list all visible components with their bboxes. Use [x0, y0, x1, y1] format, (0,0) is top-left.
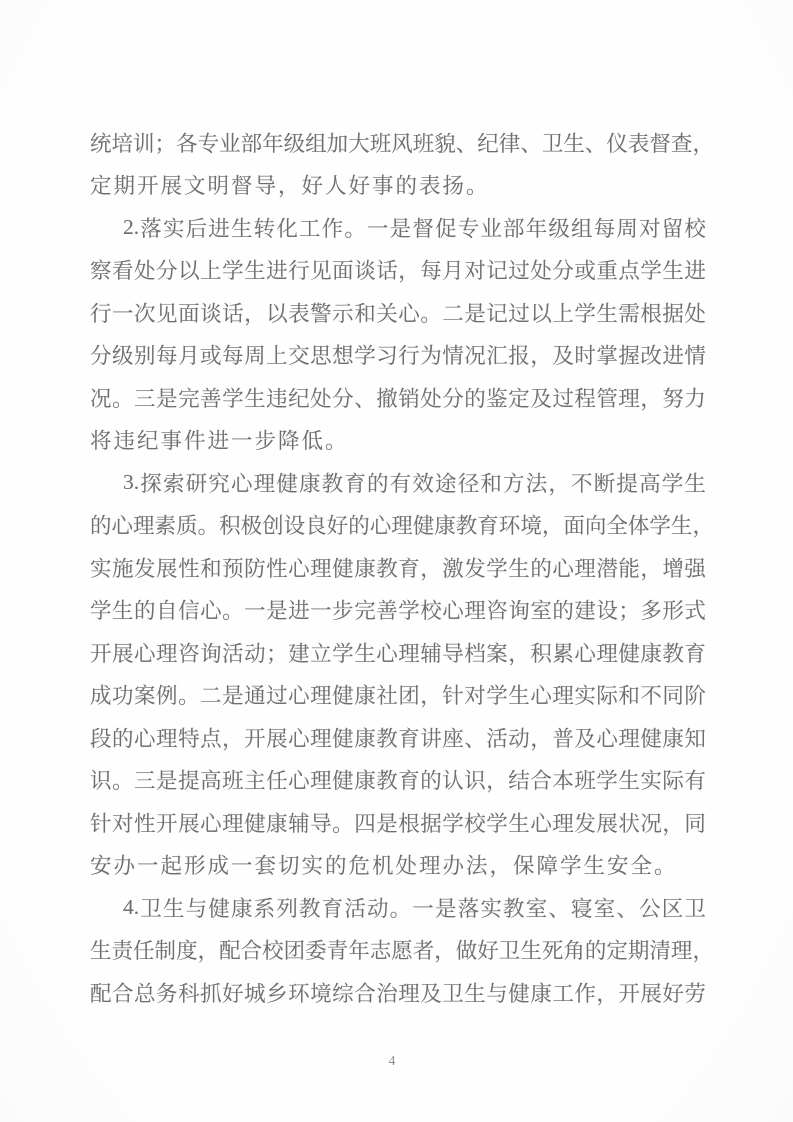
text-line: 配合总务科抓好城乡环境综合治理及卫生与健康工作，开展好劳: [90, 971, 706, 1014]
text-line: 3.探索研究心理健康教育的有效途径和方法，不断提高学生: [90, 461, 706, 504]
document-body: 统培训；各专业部年级组加大班风班貌、纪律、卫生、仪表督查， 定期开展文明督导，好…: [90, 121, 706, 1014]
text-line: 察看处分以上学生进行见面谈话，每月对记过处分或重点学生进: [90, 249, 706, 292]
text-line: 统培训；各专业部年级组加大班风班貌、纪律、卫生、仪表督查，: [90, 121, 706, 164]
text-line: 分级别每月或每周上交思想学习行为情况汇报，及时掌握改进情: [90, 334, 706, 377]
text-line: 定期开展文明督导，好人好事的表扬。: [90, 164, 706, 207]
text-line: 识。三是提高班主任心理健康教育的认识，结合本班学生实际有: [90, 759, 706, 802]
text-line: 生责任制度，配合校团委青年志愿者，做好卫生死角的定期清理，: [90, 929, 706, 972]
text-line: 的心理素质。积极创设良好的心理健康教育环境，面向全体学生，: [90, 504, 706, 547]
page-number: 4: [0, 1053, 784, 1069]
text-line: 针对性开展心理健康辅导。四是根据学校学生心理发展状况，同: [90, 801, 706, 844]
text-line: 安办一起形成一套切实的危机处理办法，保障学生安全。: [90, 844, 706, 887]
text-line: 成功案例。二是通过心理健康社团，针对学生心理实际和不同阶: [90, 674, 706, 717]
text-line: 2.落实后进生转化工作。一是督促专业部年级组每周对留校: [90, 206, 706, 249]
scanned-document-page: 统培训；各专业部年级组加大班风班貌、纪律、卫生、仪表督查， 定期开展文明督导，好…: [0, 0, 793, 1122]
text-line: 将违纪事件进一步降低。: [90, 419, 706, 462]
text-line: 行一次见面谈话，以表警示和关心。二是记过以上学生需根据处: [90, 291, 706, 334]
text-line: 4.卫生与健康系列教育活动。一是落实教室、寝室、公区卫: [90, 886, 706, 929]
text-line: 实施发展性和预防性心理健康教育，激发学生的心理潜能，增强: [90, 546, 706, 589]
text-line: 况。三是完善学生违纪处分、撤销处分的鉴定及过程管理，努力: [90, 376, 706, 419]
text-line: 学生的自信心。一是进一步完善学校心理咨询室的建设；多形式: [90, 589, 706, 632]
text-line: 开展心理咨询活动；建立学生心理辅导档案，积累心理健康教育: [90, 631, 706, 674]
text-line: 段的心理特点，开展心理健康教育讲座、活动，普及心理健康知: [90, 716, 706, 759]
